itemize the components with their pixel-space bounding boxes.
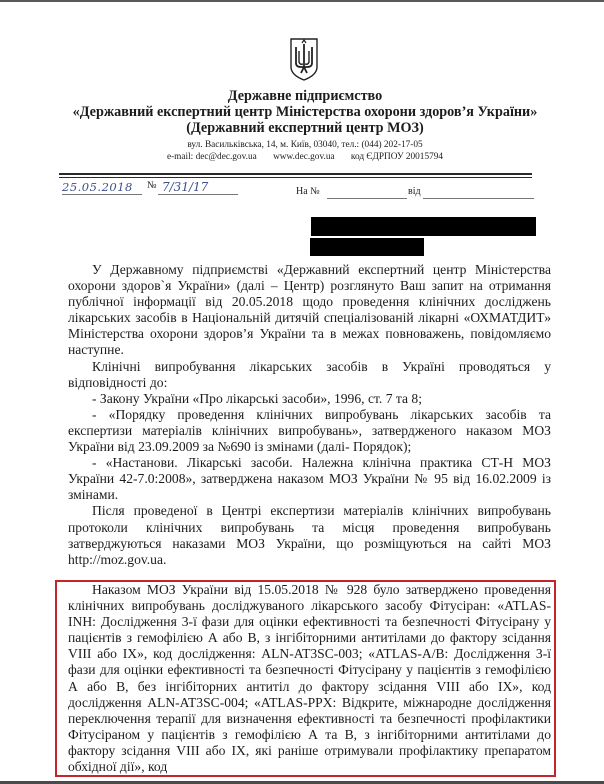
paragraph-order-928: Наказом МОЗ України від 15.05.2018 № 928… — [68, 582, 551, 775]
highlighted-text: Наказом МОЗ України від 15.05.2018 № 928… — [68, 582, 551, 775]
org-contacts: e-mail: dec@dec.gov.ua www.dec.gov.ua ко… — [40, 152, 570, 162]
outgoing-date: 25.05.2018 — [62, 180, 142, 195]
in-reply-number-blank — [327, 198, 407, 199]
list-item-guideline: - «Настанови. Лікарські засоби. Належна … — [68, 455, 551, 503]
list-item-procedure: - «Порядку проведення клінічних випробув… — [68, 407, 551, 455]
redacted-recipient-line-1 — [311, 217, 536, 236]
org-email[interactable]: e-mail: dec@dec.gov.ua — [167, 152, 257, 162]
paragraph-regulations-intro: Клінічні випробування лікарських засобів… — [68, 359, 551, 391]
in-reply-date-blank — [423, 198, 534, 199]
org-type: Державне підприємство — [40, 88, 570, 105]
org-short-name: (Державний експертний центр МОЗ) — [40, 120, 570, 137]
org-website[interactable]: www.dec.gov.ua — [273, 152, 335, 162]
in-reply-date-label: від — [408, 186, 421, 197]
paragraph-approval-process: Після проведеної в Центрі експертизи мат… — [68, 503, 551, 567]
org-address: вул. Васильківська, 14, м. Київ, 03040, … — [40, 140, 570, 150]
list-item-law: - Закону України «Про лікарські засоби»,… — [68, 391, 551, 407]
trident-coat-of-arms-icon — [289, 37, 319, 82]
org-full-name: «Державний експертний центр Міністерства… — [40, 104, 570, 121]
scan-top-edge — [0, 0, 604, 2]
letter-body: У Державному підприємстві «Державний екс… — [68, 262, 551, 568]
redacted-recipient-line-2 — [310, 238, 424, 256]
outgoing-number-label: № — [147, 180, 157, 191]
org-edrpou: код ЄДРПОУ 20015794 — [351, 152, 443, 162]
header-separator-thick — [59, 173, 532, 175]
header-separator-thin — [59, 177, 532, 178]
paragraph-request: У Державному підприємстві «Державний екс… — [68, 262, 551, 359]
in-reply-number-label: На № — [296, 186, 320, 197]
outgoing-number: 7/31/17 — [158, 180, 238, 195]
